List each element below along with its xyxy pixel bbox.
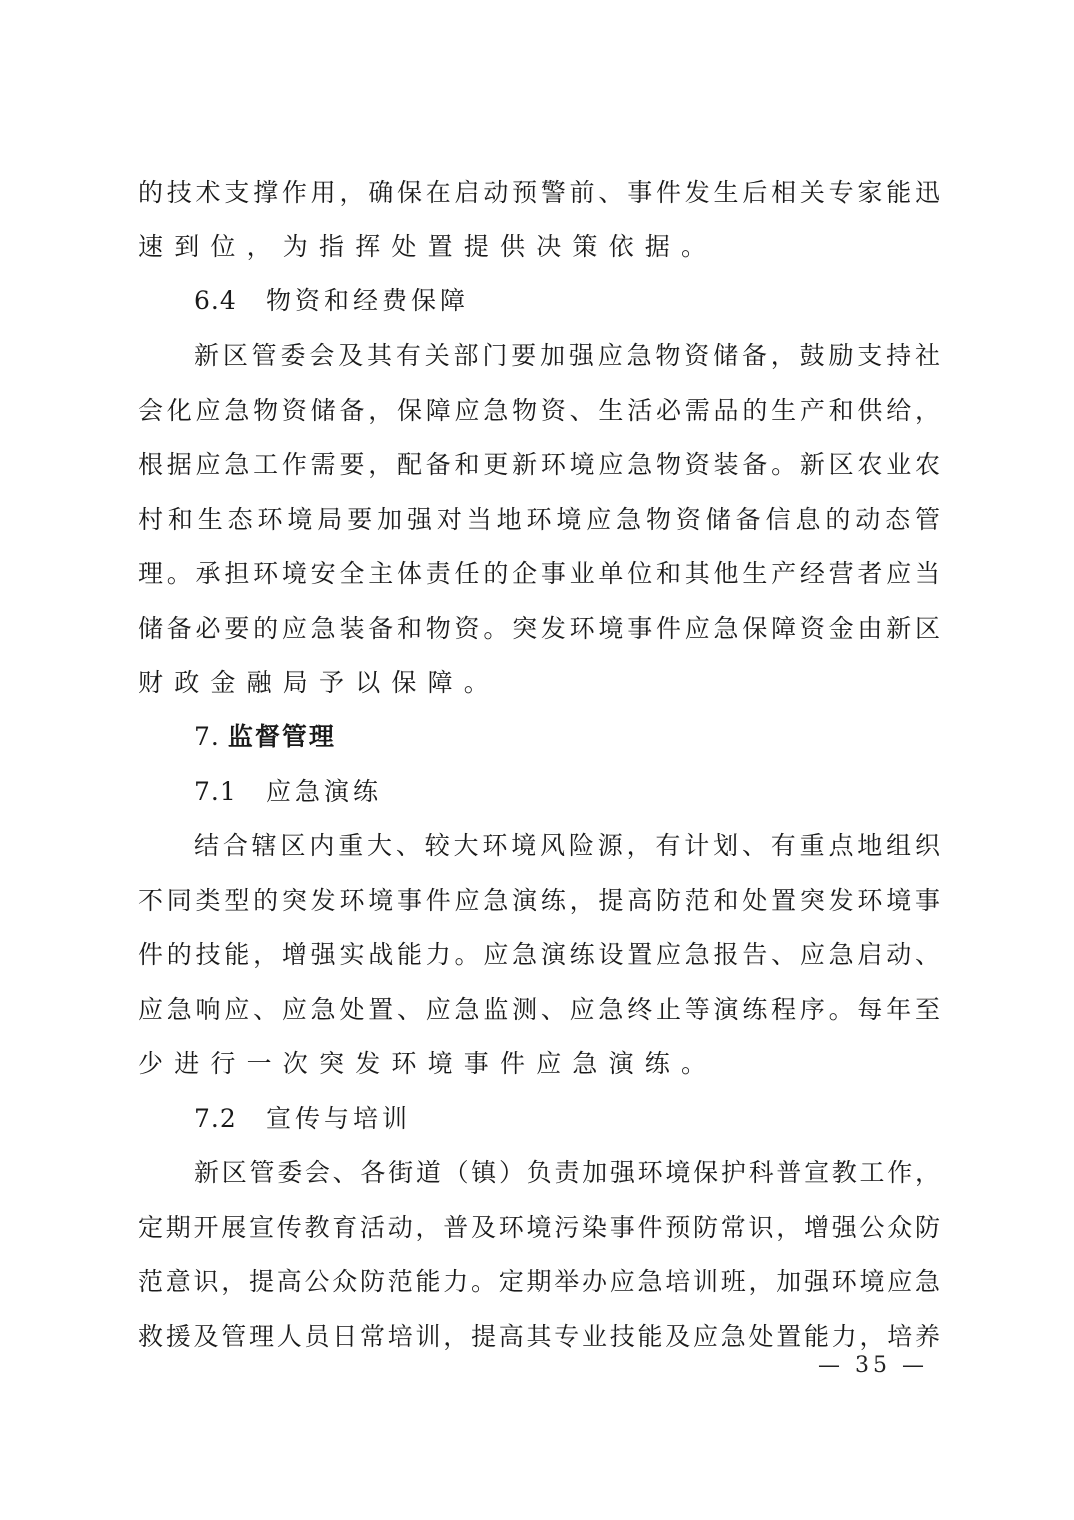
paragraph-line: 件的技能，增强实战能力。应急演练设置应急报告、应急启动、 — [138, 935, 940, 975]
paragraph-line: 根据应急工作需要，配备和更新环境应急物资装备。新区农业农 — [138, 445, 940, 485]
paragraph-line: 不同类型的突发环境事件应急演练，提高防范和处置突发环境事 — [138, 881, 940, 921]
section-number: 7. — [194, 717, 220, 757]
document-page: 的技术支撑作用，确保在启动预警前、事件发生后相关专家能迅 速到位，为指挥处置提供… — [0, 0, 1074, 1520]
section-number: 7.2 — [194, 1099, 266, 1139]
section-title: 应急演练 — [266, 777, 382, 806]
paragraph-line: 范意识，提高公众防范能力。定期举办应急培训班，加强环境应急 — [138, 1262, 940, 1302]
paragraph-line: 救援及管理人员日常培训，提高其专业技能及应急处置能力，培养 — [138, 1317, 940, 1357]
paragraph-line: 村和生态环境局要加强对当地环境应急物资储备信息的动态管 — [138, 500, 940, 540]
paragraph-line: 少进行一次突发环境事件应急演练。 — [138, 1044, 940, 1084]
section-number: 7.1 — [194, 772, 266, 812]
paragraph-line: 速到位，为指挥处置提供决策依据。 — [138, 227, 940, 267]
paragraph-line: 新区管委会及其有关部门要加强应急物资储备，鼓励支持社 — [194, 336, 940, 376]
section-title: 监督管理 — [228, 722, 336, 751]
section-heading-7: 7.监督管理 — [194, 717, 940, 757]
section-title: 宣传与培训 — [266, 1104, 411, 1133]
page-number: — 35 — — [818, 1353, 928, 1378]
section-title: 物资和经费保障 — [266, 286, 469, 315]
paragraph-line: 理。承担环境安全主体责任的企事业单位和其他生产经营者应当 — [138, 554, 940, 594]
section-heading-7-1: 7.1应急演练 — [194, 772, 940, 812]
paragraph-line: 的技术支撑作用，确保在启动预警前、事件发生后相关专家能迅 — [138, 173, 940, 213]
paragraph-line: 应急响应、应急处置、应急监测、应急终止等演练程序。每年至 — [138, 990, 940, 1030]
paragraph-line: 新区管委会、各街道（镇）负责加强环境保护科普宣教工作， — [194, 1153, 940, 1193]
section-heading-7-2: 7.2宣传与培训 — [194, 1099, 940, 1139]
paragraph-line: 财政金融局予以保障。 — [138, 663, 940, 703]
paragraph-line: 会化应急物资储备，保障应急物资、生活必需品的生产和供给， — [138, 391, 940, 431]
paragraph-line: 储备必要的应急装备和物资。突发环境事件应急保障资金由新区 — [138, 609, 940, 649]
section-heading-6-4: 6.4物资和经费保障 — [194, 281, 940, 321]
section-number: 6.4 — [194, 281, 266, 321]
paragraph-line: 结合辖区内重大、较大环境风险源，有计划、有重点地组织 — [194, 826, 940, 866]
paragraph-line: 定期开展宣传教育活动，普及环境污染事件预防常识，增强公众防 — [138, 1208, 940, 1248]
